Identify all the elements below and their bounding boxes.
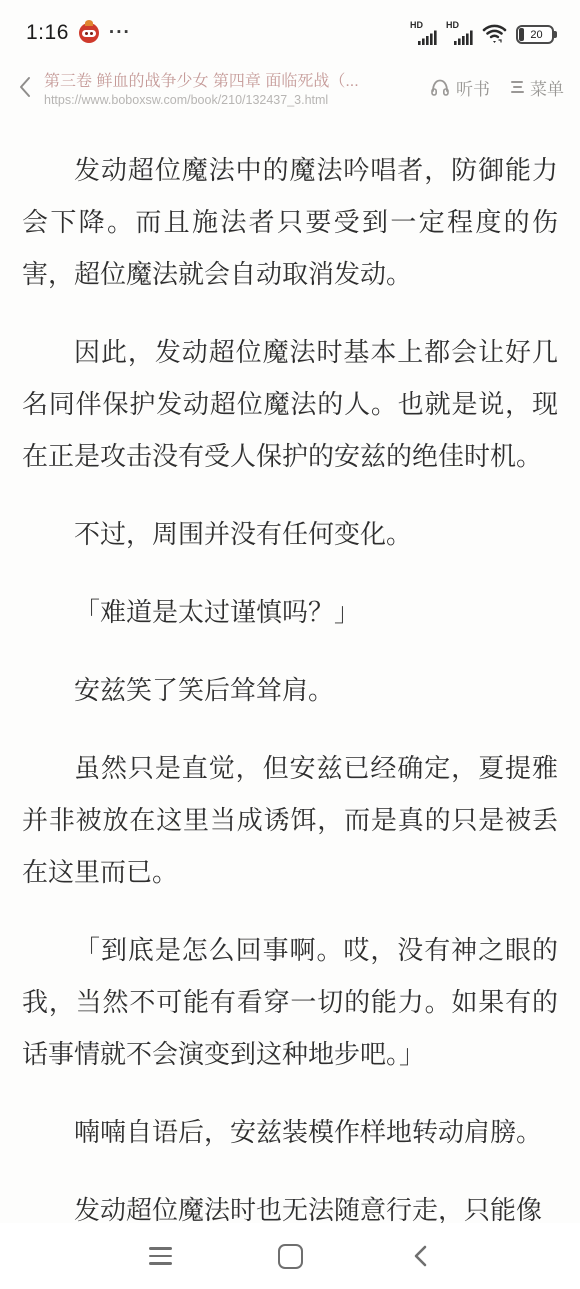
address-bar[interactable]: 第三卷 鲜血的战争少女 第四章 面临死战（... https://www.bob… bbox=[44, 68, 416, 107]
menu-button[interactable]: 菜单 bbox=[510, 75, 564, 100]
menu-label: 菜单 bbox=[530, 75, 564, 100]
paragraph: 发动超位魔法中的魔法吟唱者，防御能力会下降。而且施法者只要受到一定程度的伤害，超… bbox=[22, 144, 558, 300]
headphones-icon bbox=[430, 78, 450, 97]
status-bar: 1:16 ··· HD HD bbox=[0, 0, 580, 56]
sim1-signal-icon: HD bbox=[410, 21, 437, 45]
paragraph: 不过，周围并没有任何变化。 bbox=[22, 508, 558, 560]
phone-screen: 1:16 ··· HD HD bbox=[0, 0, 580, 1289]
browser-header: 第三卷 鲜血的战争少女 第四章 面临死战（... https://www.bob… bbox=[0, 56, 580, 118]
paragraph: 「到底是怎么回事啊。哎，没有神之眼的我，当然不可能有看穿一切的能力。如果有的话事… bbox=[22, 924, 558, 1080]
paragraph: 虽然只是直觉，但安兹已经确定，夏提雅并非被放在这里当成诱饵，而是真的只是被丢在这… bbox=[22, 742, 558, 898]
battery-percent: 20 bbox=[530, 29, 542, 41]
paragraph: 安兹笑了笑后耸耸肩。 bbox=[22, 664, 558, 716]
reader-content[interactable]: 发动超位魔法中的魔法吟唱者，防御能力会下降。而且施法者只要受到一定程度的伤害，超… bbox=[0, 118, 580, 1223]
wifi-icon bbox=[482, 21, 507, 45]
recents-menu-icon[interactable] bbox=[143, 1239, 177, 1273]
paragraph: 喃喃自语后，安兹装模作样地转动肩膀。 bbox=[22, 1106, 558, 1158]
nav-back-icon[interactable] bbox=[403, 1239, 437, 1273]
more-notifications-icon: ··· bbox=[109, 22, 131, 44]
paragraph: 发动超位魔法时也无法随意行走，只能像 bbox=[22, 1184, 558, 1223]
notification-app-icon bbox=[79, 23, 99, 43]
listen-label: 听书 bbox=[456, 75, 490, 100]
battery-icon: 20 bbox=[516, 25, 554, 44]
page-title: 第三卷 鲜血的战争少女 第四章 面临死战（... bbox=[44, 68, 416, 91]
home-icon[interactable] bbox=[273, 1239, 307, 1273]
paragraph: 因此，发动超位魔法时基本上都会让好几名同伴保护发动超位魔法的人。也就是说，现在正… bbox=[22, 326, 558, 482]
android-nav-bar bbox=[0, 1223, 580, 1289]
back-icon[interactable] bbox=[14, 76, 36, 98]
clock: 1:16 bbox=[26, 21, 69, 45]
paragraph: 「难道是太过谨慎吗？」 bbox=[22, 586, 558, 638]
sim2-signal-icon: HD bbox=[446, 21, 473, 45]
menu-icon bbox=[510, 81, 524, 93]
listen-button[interactable]: 听书 bbox=[430, 75, 490, 100]
page-url: https://www.boboxsw.com/book/210/132437_… bbox=[44, 93, 416, 107]
